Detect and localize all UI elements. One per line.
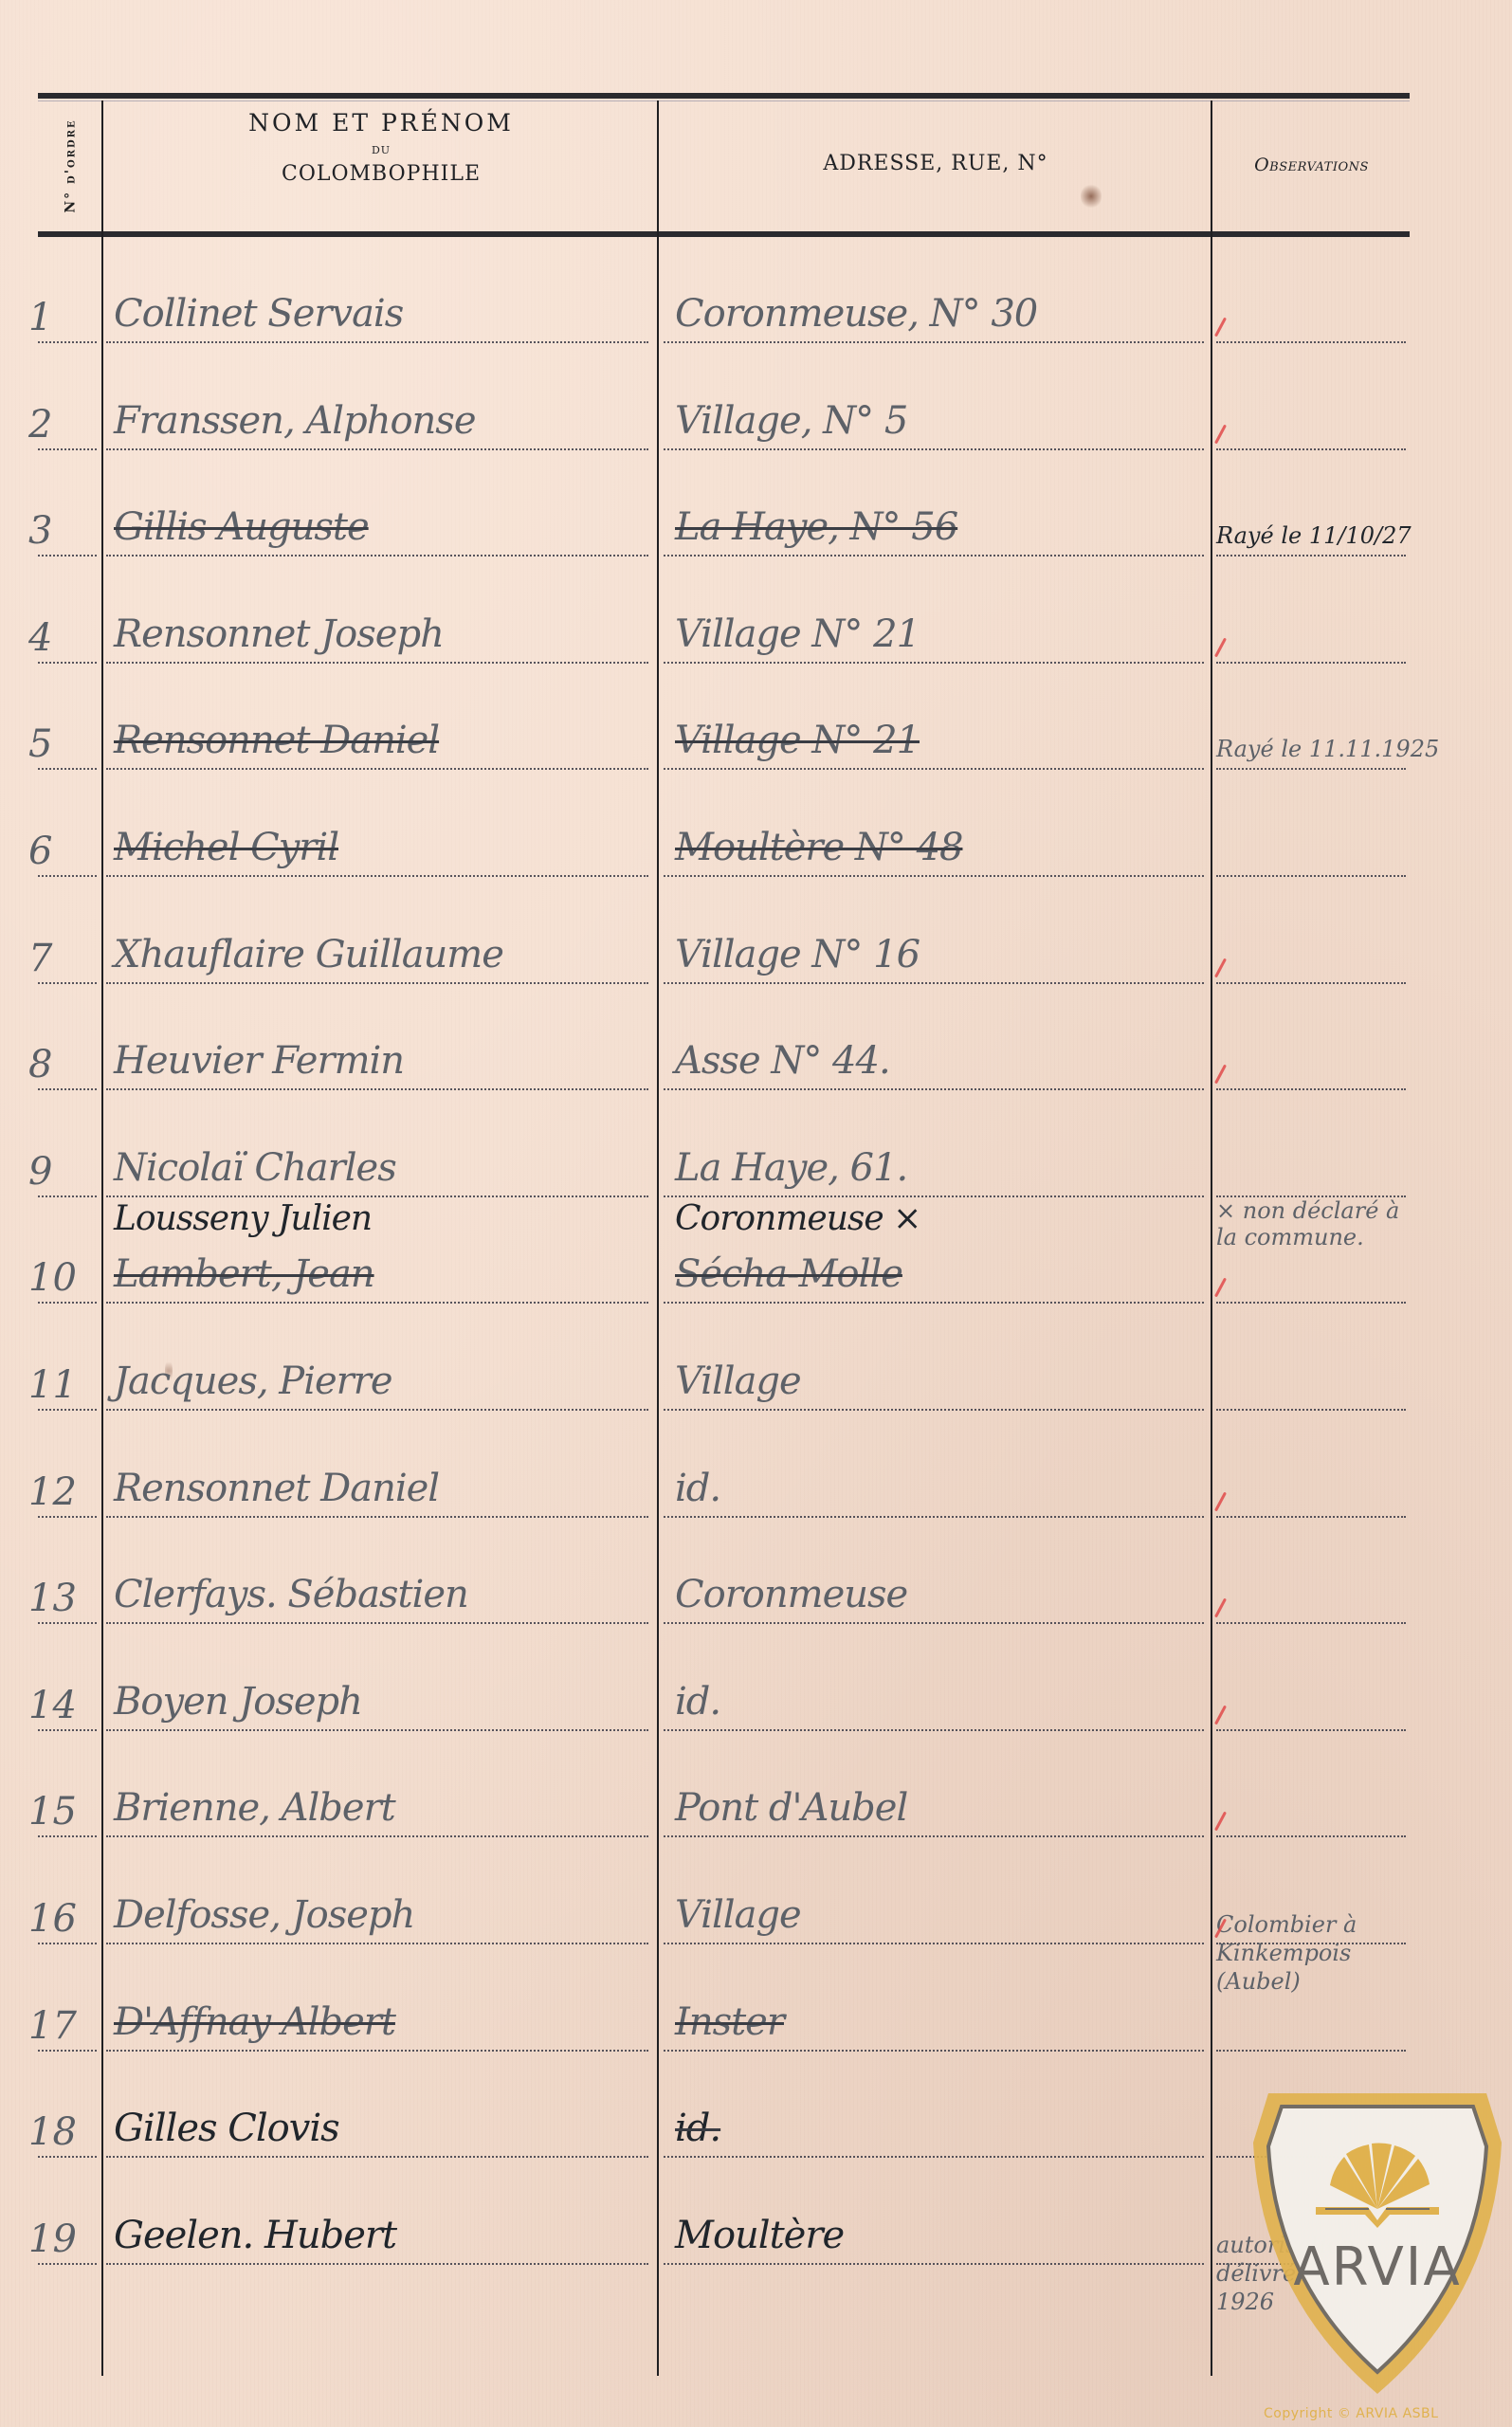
header-name-line2: DU xyxy=(104,144,658,156)
row-rule xyxy=(106,662,648,664)
row-rule xyxy=(38,1835,97,1837)
observation-note: Colombier à Kinkempois (Aubel) xyxy=(1216,1910,1406,1996)
row-rule xyxy=(664,875,1204,877)
header-name-line1: NOM ET PRÉNOM xyxy=(104,109,658,137)
row-rule xyxy=(1216,1088,1406,1090)
colombophile-name: Rensonnet Joseph xyxy=(114,612,444,656)
row-rule xyxy=(664,1729,1204,1731)
row-number: 3 xyxy=(28,509,95,553)
check-mark-icon xyxy=(1214,1492,1227,1512)
row-rule xyxy=(106,768,648,770)
row-rule xyxy=(106,1409,648,1411)
observation-note: Rayé le 11/10/27 xyxy=(1216,522,1412,549)
row-rule xyxy=(664,1195,1204,1197)
top-rule-thin xyxy=(38,100,1410,101)
colombophile-address: Coronmeuse xyxy=(675,1573,907,1616)
row-rule xyxy=(664,555,1204,557)
row-rule xyxy=(106,1302,648,1304)
row-rule xyxy=(1216,768,1406,770)
row-rule xyxy=(1216,448,1406,450)
colombophile-address: id. xyxy=(675,1467,720,1510)
check-mark-icon xyxy=(1214,1812,1227,1832)
check-mark-icon xyxy=(1214,958,1227,978)
row-rule xyxy=(106,555,648,557)
row-rule xyxy=(106,2263,648,2265)
row-rule xyxy=(1216,1835,1406,1837)
row-rule xyxy=(664,2156,1204,2158)
header-name-line3: COLOMBOPHILE xyxy=(104,162,658,186)
header-number: N° d'ordre xyxy=(52,104,90,228)
colombophile-name: Delfosse, Joseph xyxy=(114,1893,414,1937)
observation-note: Rayé le 11.11.1925 xyxy=(1216,736,1439,762)
header-name: NOM ET PRÉNOM DU COLOMBOPHILE xyxy=(104,109,658,186)
check-mark-icon xyxy=(1214,638,1227,658)
row-number: 15 xyxy=(28,1790,95,1834)
colombophile-name: Franssen, Alphonse xyxy=(114,399,476,443)
check-mark-icon xyxy=(1214,1598,1227,1618)
row-number: 10 xyxy=(28,1256,95,1300)
row-rule xyxy=(106,1622,648,1624)
address-correction: Coronmeuse × xyxy=(675,1199,920,1238)
row-rule xyxy=(664,341,1204,343)
row-rule xyxy=(106,1943,648,1944)
colombophile-address: Pont d'Aubel xyxy=(675,1786,907,1830)
row-rule xyxy=(664,982,1204,984)
check-mark-icon xyxy=(1214,318,1227,338)
colombophile-name: Geelen. Hubert xyxy=(114,2214,396,2257)
row-rule xyxy=(664,1409,1204,1411)
row-rule xyxy=(106,2050,648,2052)
row-rule xyxy=(38,768,97,770)
check-mark-icon xyxy=(1214,1706,1227,1725)
colombophile-name: Heuvier Fermin xyxy=(114,1039,404,1083)
colombophile-address: Village N° 16 xyxy=(675,933,920,976)
row-rule xyxy=(106,2156,648,2158)
colombophile-name: D'Affnay Albert xyxy=(114,2000,395,2044)
row-rule xyxy=(664,1622,1204,1624)
colombophile-address: Village N° 21 xyxy=(675,612,920,656)
svg-text:ARVIA: ARVIA xyxy=(1293,2236,1461,2298)
colombophile-address: Village xyxy=(675,1893,801,1937)
row-rule xyxy=(38,448,97,450)
name-correction: Lousseny Julien xyxy=(114,1199,372,1238)
row-rule xyxy=(1216,341,1406,343)
colombophile-address: id. xyxy=(675,2107,720,2150)
row-number: 13 xyxy=(28,1577,95,1620)
row-rule xyxy=(106,875,648,877)
colombophile-name: Gillis Auguste xyxy=(114,505,369,549)
colombophile-address: Inster xyxy=(675,2000,784,2044)
row-number: 1 xyxy=(28,296,95,339)
row-rule xyxy=(38,1622,97,1624)
register-page: N° d'ordre NOM ET PRÉNOM DU COLOMBOPHILE… xyxy=(0,0,1512,2427)
colombophile-name: Lambert, Jean xyxy=(114,1252,374,1296)
row-number: 18 xyxy=(28,2110,95,2154)
row-rule xyxy=(106,1729,648,1731)
colombophile-address: Asse N° 44. xyxy=(675,1039,890,1083)
header-number-label: N° d'ordre xyxy=(64,119,79,212)
colombophile-address: La Haye, N° 56 xyxy=(675,505,957,549)
row-rule xyxy=(664,768,1204,770)
row-rule xyxy=(38,662,97,664)
row-number: 7 xyxy=(28,937,95,980)
row-rule xyxy=(38,875,97,877)
row-number: 9 xyxy=(28,1150,95,1194)
row-rule xyxy=(1216,2050,1406,2052)
colombophile-name: Rensonnet Daniel xyxy=(114,1467,439,1510)
row-rule xyxy=(664,1835,1204,1837)
row-number: 4 xyxy=(28,616,95,660)
row-rule xyxy=(38,1195,97,1197)
row-rule xyxy=(38,555,97,557)
header-bottom-rule xyxy=(38,231,1410,237)
row-rule xyxy=(664,1516,1204,1518)
row-rule xyxy=(38,1088,97,1090)
colombophile-address: Village xyxy=(675,1359,801,1403)
copyright-notice: Copyright © ARVIA ASBL xyxy=(1264,2406,1438,2421)
row-rule xyxy=(38,982,97,984)
colombophile-name: Nicolaï Charles xyxy=(114,1146,396,1190)
row-rule xyxy=(38,1516,97,1518)
row-rule xyxy=(664,1943,1204,1944)
row-rule xyxy=(106,341,648,343)
row-number: 8 xyxy=(28,1043,95,1086)
row-rule xyxy=(106,1835,648,1837)
colombophile-name: Brienne, Albert xyxy=(114,1786,395,1830)
header-observations: Observations xyxy=(1213,155,1410,175)
top-rule xyxy=(38,93,1410,99)
row-rule xyxy=(1216,662,1406,664)
row-rule xyxy=(38,1729,97,1731)
row-number: 12 xyxy=(28,1470,95,1514)
colombophile-address: Sécha-Molle xyxy=(675,1252,902,1296)
row-number: 14 xyxy=(28,1684,95,1727)
row-rule xyxy=(1216,1302,1406,1304)
row-rule xyxy=(1216,1622,1406,1624)
row-rule xyxy=(106,448,648,450)
row-rule xyxy=(106,1088,648,1090)
row-rule xyxy=(664,1088,1204,1090)
row-rule xyxy=(1216,1516,1406,1518)
colombophile-name: Gilles Clovis xyxy=(114,2107,339,2150)
row-rule xyxy=(38,341,97,343)
row-number: 17 xyxy=(28,2004,95,2048)
colombophile-name: Boyen Joseph xyxy=(114,1680,362,1724)
check-mark-icon xyxy=(1214,1065,1227,1085)
row-rule xyxy=(38,2263,97,2265)
row-rule xyxy=(1216,982,1406,984)
colombophile-name: Jacques, Pierre xyxy=(114,1359,392,1403)
row-rule xyxy=(38,2156,97,2158)
colombophile-name: Michel Cyril xyxy=(114,826,338,869)
row-number: 5 xyxy=(28,722,95,766)
check-mark-icon xyxy=(1214,1278,1227,1298)
colombophile-address: Coronmeuse, N° 30 xyxy=(675,292,1037,336)
check-mark-icon xyxy=(1214,425,1227,445)
header-address: ADRESSE, RUE, N° xyxy=(660,152,1211,175)
row-rule xyxy=(664,2263,1204,2265)
row-rule xyxy=(1216,875,1406,877)
row-rule xyxy=(38,1409,97,1411)
row-rule xyxy=(1216,555,1406,557)
colombophile-name: Rensonnet Daniel xyxy=(114,719,439,762)
column-divider-number xyxy=(101,100,103,2376)
row-rule xyxy=(38,2050,97,2052)
row-number: 2 xyxy=(28,403,95,447)
row-number: 16 xyxy=(28,1897,95,1941)
observation-note: × non déclaré à la commune. xyxy=(1216,1197,1406,1250)
row-rule xyxy=(664,2050,1204,2052)
row-rule xyxy=(1216,1729,1406,1731)
row-rule xyxy=(1216,1409,1406,1411)
colombophile-address: La Haye, 61. xyxy=(675,1146,907,1190)
row-number: 11 xyxy=(28,1363,95,1407)
colombophile-address: id. xyxy=(675,1680,720,1724)
ink-stain xyxy=(1081,183,1102,210)
colombophile-name: Collinet Servais xyxy=(114,292,403,336)
row-rule xyxy=(38,1943,97,1944)
colombophile-address: Moultère xyxy=(675,2214,844,2257)
row-number: 6 xyxy=(28,830,95,873)
arvia-logo: ARVIA xyxy=(1249,2086,1505,2399)
colombophile-name: Clerfays. Sébastien xyxy=(114,1573,468,1616)
row-rule xyxy=(106,1516,648,1518)
row-rule xyxy=(106,982,648,984)
row-rule xyxy=(106,1195,648,1197)
row-number: 19 xyxy=(28,2217,95,2261)
colombophile-address: Moultère N° 48 xyxy=(675,826,962,869)
row-rule xyxy=(664,1302,1204,1304)
column-divider-name xyxy=(657,100,659,2376)
colombophile-name: Xhauflaire Guillaume xyxy=(114,933,503,976)
row-rule xyxy=(664,448,1204,450)
column-divider-address xyxy=(1211,100,1212,2376)
colombophile-address: Village N° 21 xyxy=(675,719,920,762)
row-rule xyxy=(664,662,1204,664)
row-rule xyxy=(38,1302,97,1304)
colombophile-address: Village, N° 5 xyxy=(675,399,907,443)
